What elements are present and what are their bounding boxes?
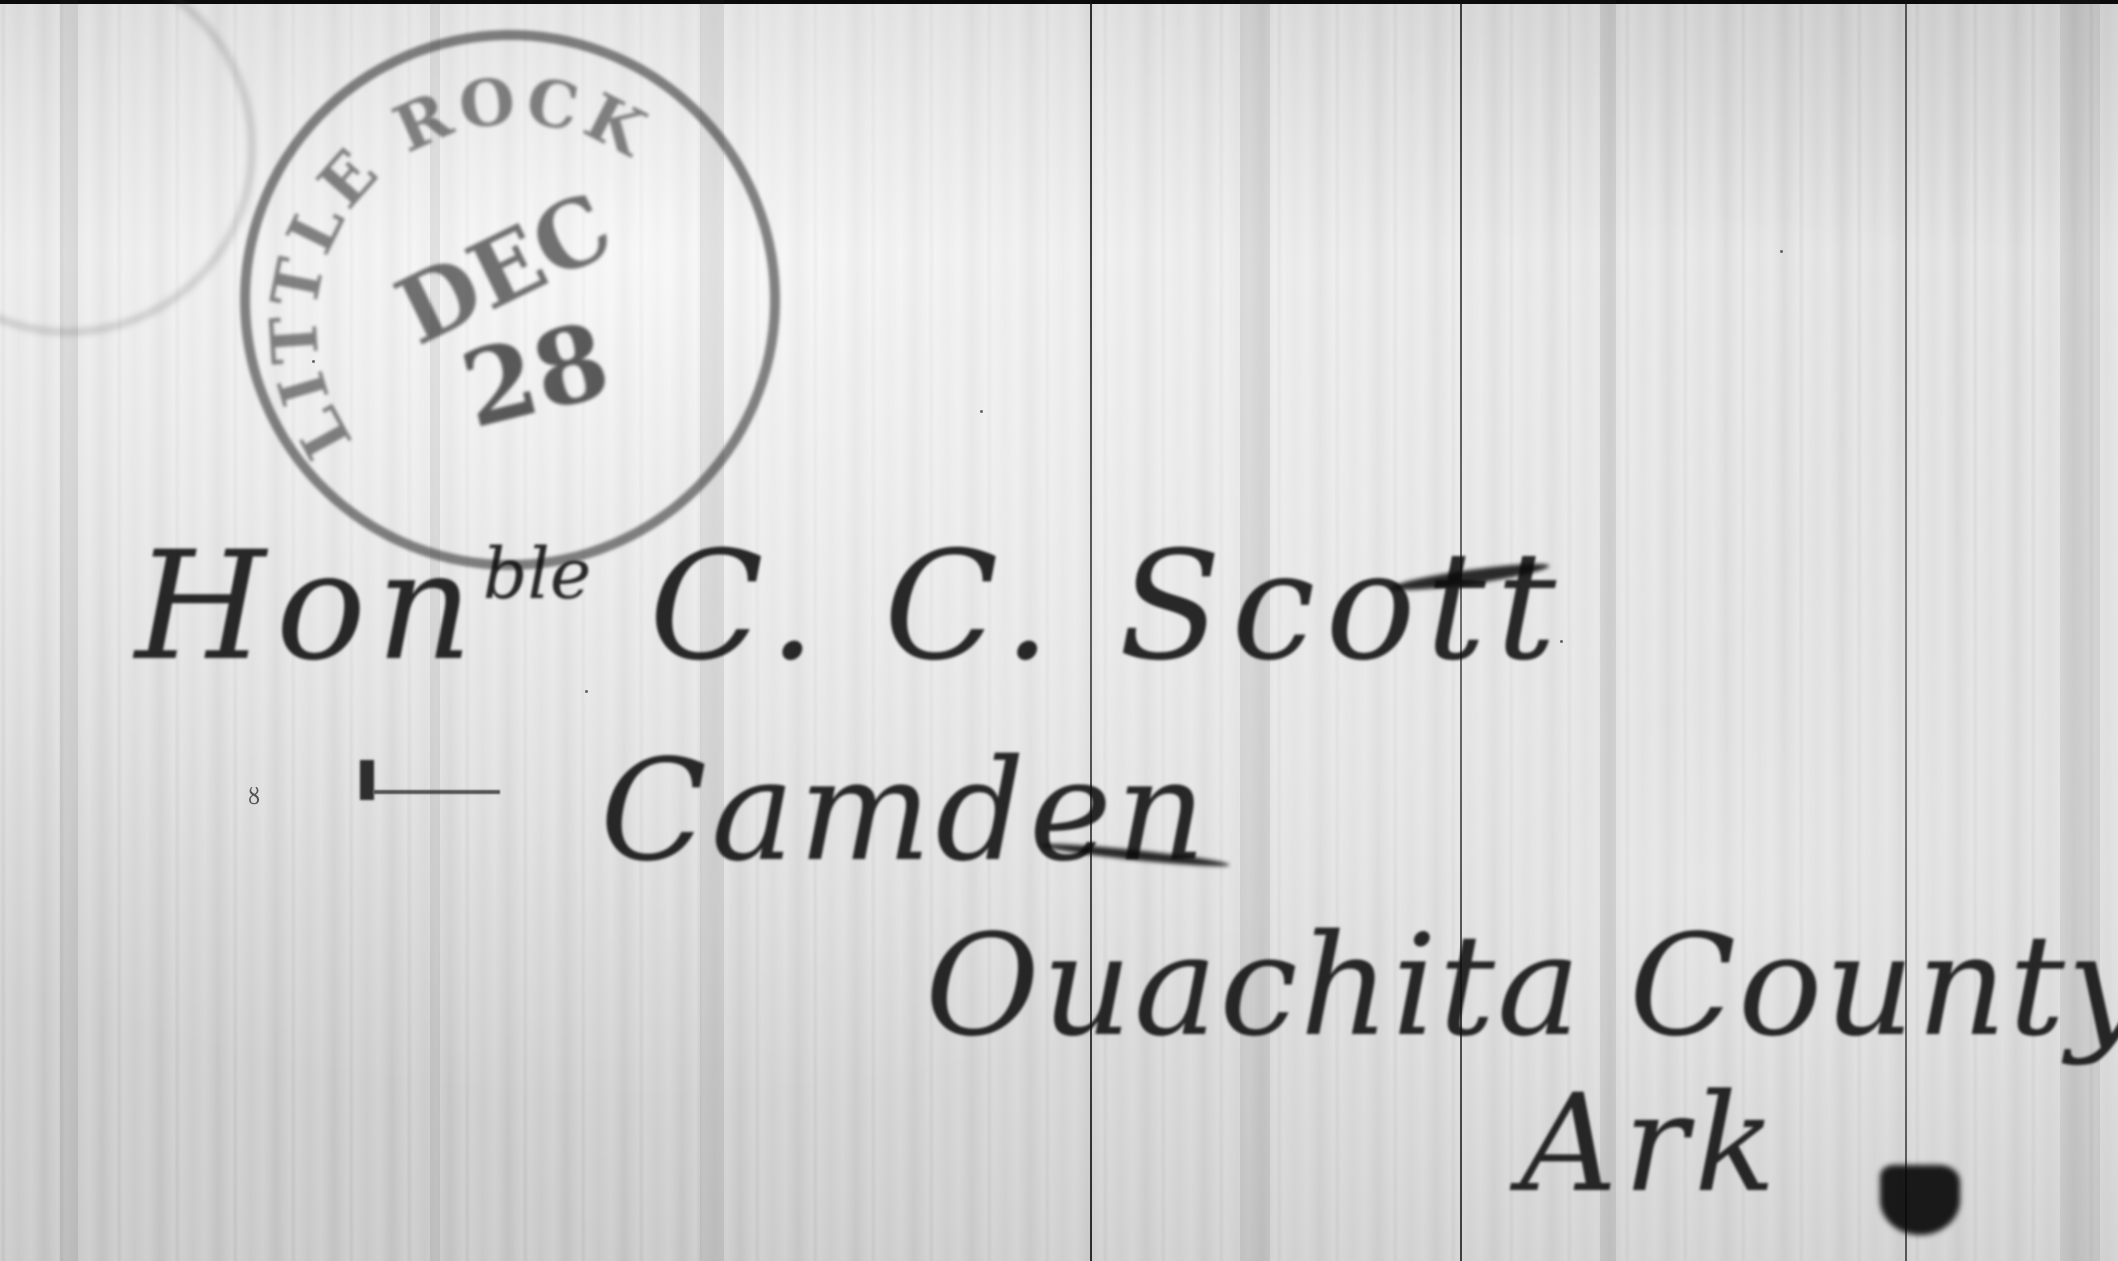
left-tick-mark [360, 760, 374, 800]
honorific-superscript: ble [483, 533, 592, 615]
faint-partial-postmark [0, 0, 256, 336]
address-line-city: Camden [600, 730, 1210, 893]
paper-speck [1780, 250, 1783, 253]
ink-blot [1880, 1165, 1960, 1235]
left-dash-mark [374, 790, 500, 794]
recipient-name: C. C. Scott [591, 520, 1566, 694]
fold-line [1905, 0, 1907, 1261]
honorific: Hon [135, 520, 483, 694]
address-line-state: Ark [1520, 1065, 1782, 1222]
address-line-recipient: Honble C. C. Scott [135, 520, 1566, 694]
paper-speck [980, 410, 983, 413]
postmark-circle: LITTLE ROCK DEC 28 [222, 12, 798, 588]
scan-top-edge [0, 0, 2118, 4]
address-line-county: Ouachita County [925, 905, 2118, 1068]
small-margin-glyph: ȣ [248, 785, 260, 810]
paper-streak [2060, 0, 2100, 1261]
envelope-scan: LITTLE ROCK DEC 28 Honble C. C. Scott Ca… [0, 0, 2118, 1261]
